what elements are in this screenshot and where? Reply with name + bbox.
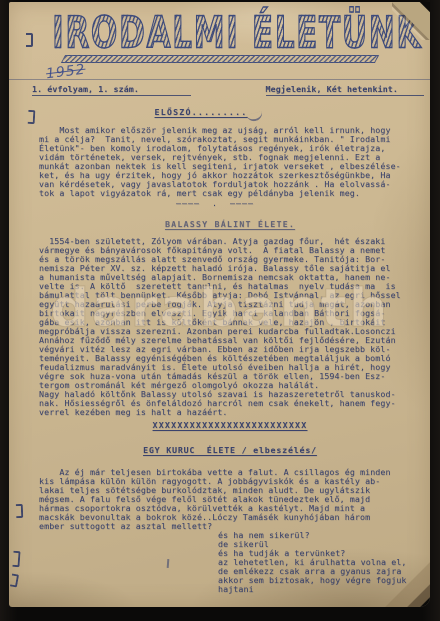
issue-label: 1. évfolyam, 1. szám.: [32, 85, 191, 96]
typed-content: ELŐSZÓ......... Most amikor először jele…: [39, 104, 421, 594]
section-heading-kuruc: EGY KURUC ÉLETE / elbeszélés/: [39, 446, 421, 455]
section-heading-balassy: BALASSY BÁLINT ÉLETE.: [39, 220, 421, 229]
journal-title: IRODALMI ÉLETÜNK: [52, 11, 422, 55]
paragraph-balassy-closing: Nagy haladó költőnk Balassy utolsó szava…: [39, 390, 421, 417]
paragraph-kuruc: Az éj már teljesen birtokába vette a fal…: [39, 468, 421, 531]
frequency-label: Megjelenik, Két hetenkint.: [266, 85, 424, 96]
folded-corner-top-right: [392, 2, 430, 40]
paragraph-balassy: 1554-ben született, Zólyom várában. Atyj…: [39, 237, 421, 390]
staple-mark: [12, 551, 20, 567]
divider-x-row: XXXXXXXXXXXXXXXXXXXXXXXXX: [39, 421, 421, 430]
divider-eloszo: ———— . ————: [39, 199, 391, 208]
curled-corner-bottom-right: [352, 555, 430, 607]
section-heading-eloszo: ELŐSZÓ.........: [39, 108, 363, 117]
paragraph-eloszo: Most amikor először jelenik meg az ujság…: [39, 126, 421, 198]
photo-background: IRODALMI ÉLETÜNK 1952 1. évfolyam, 1. sz…: [0, 0, 440, 621]
masthead: IRODALMI ÉLETÜNK: [0, 13, 440, 63]
staple-mark: [26, 33, 33, 47]
staple-mark: [28, 110, 36, 124]
staple-mark: [16, 504, 23, 518]
masthead-underline-bar: [61, 55, 379, 63]
